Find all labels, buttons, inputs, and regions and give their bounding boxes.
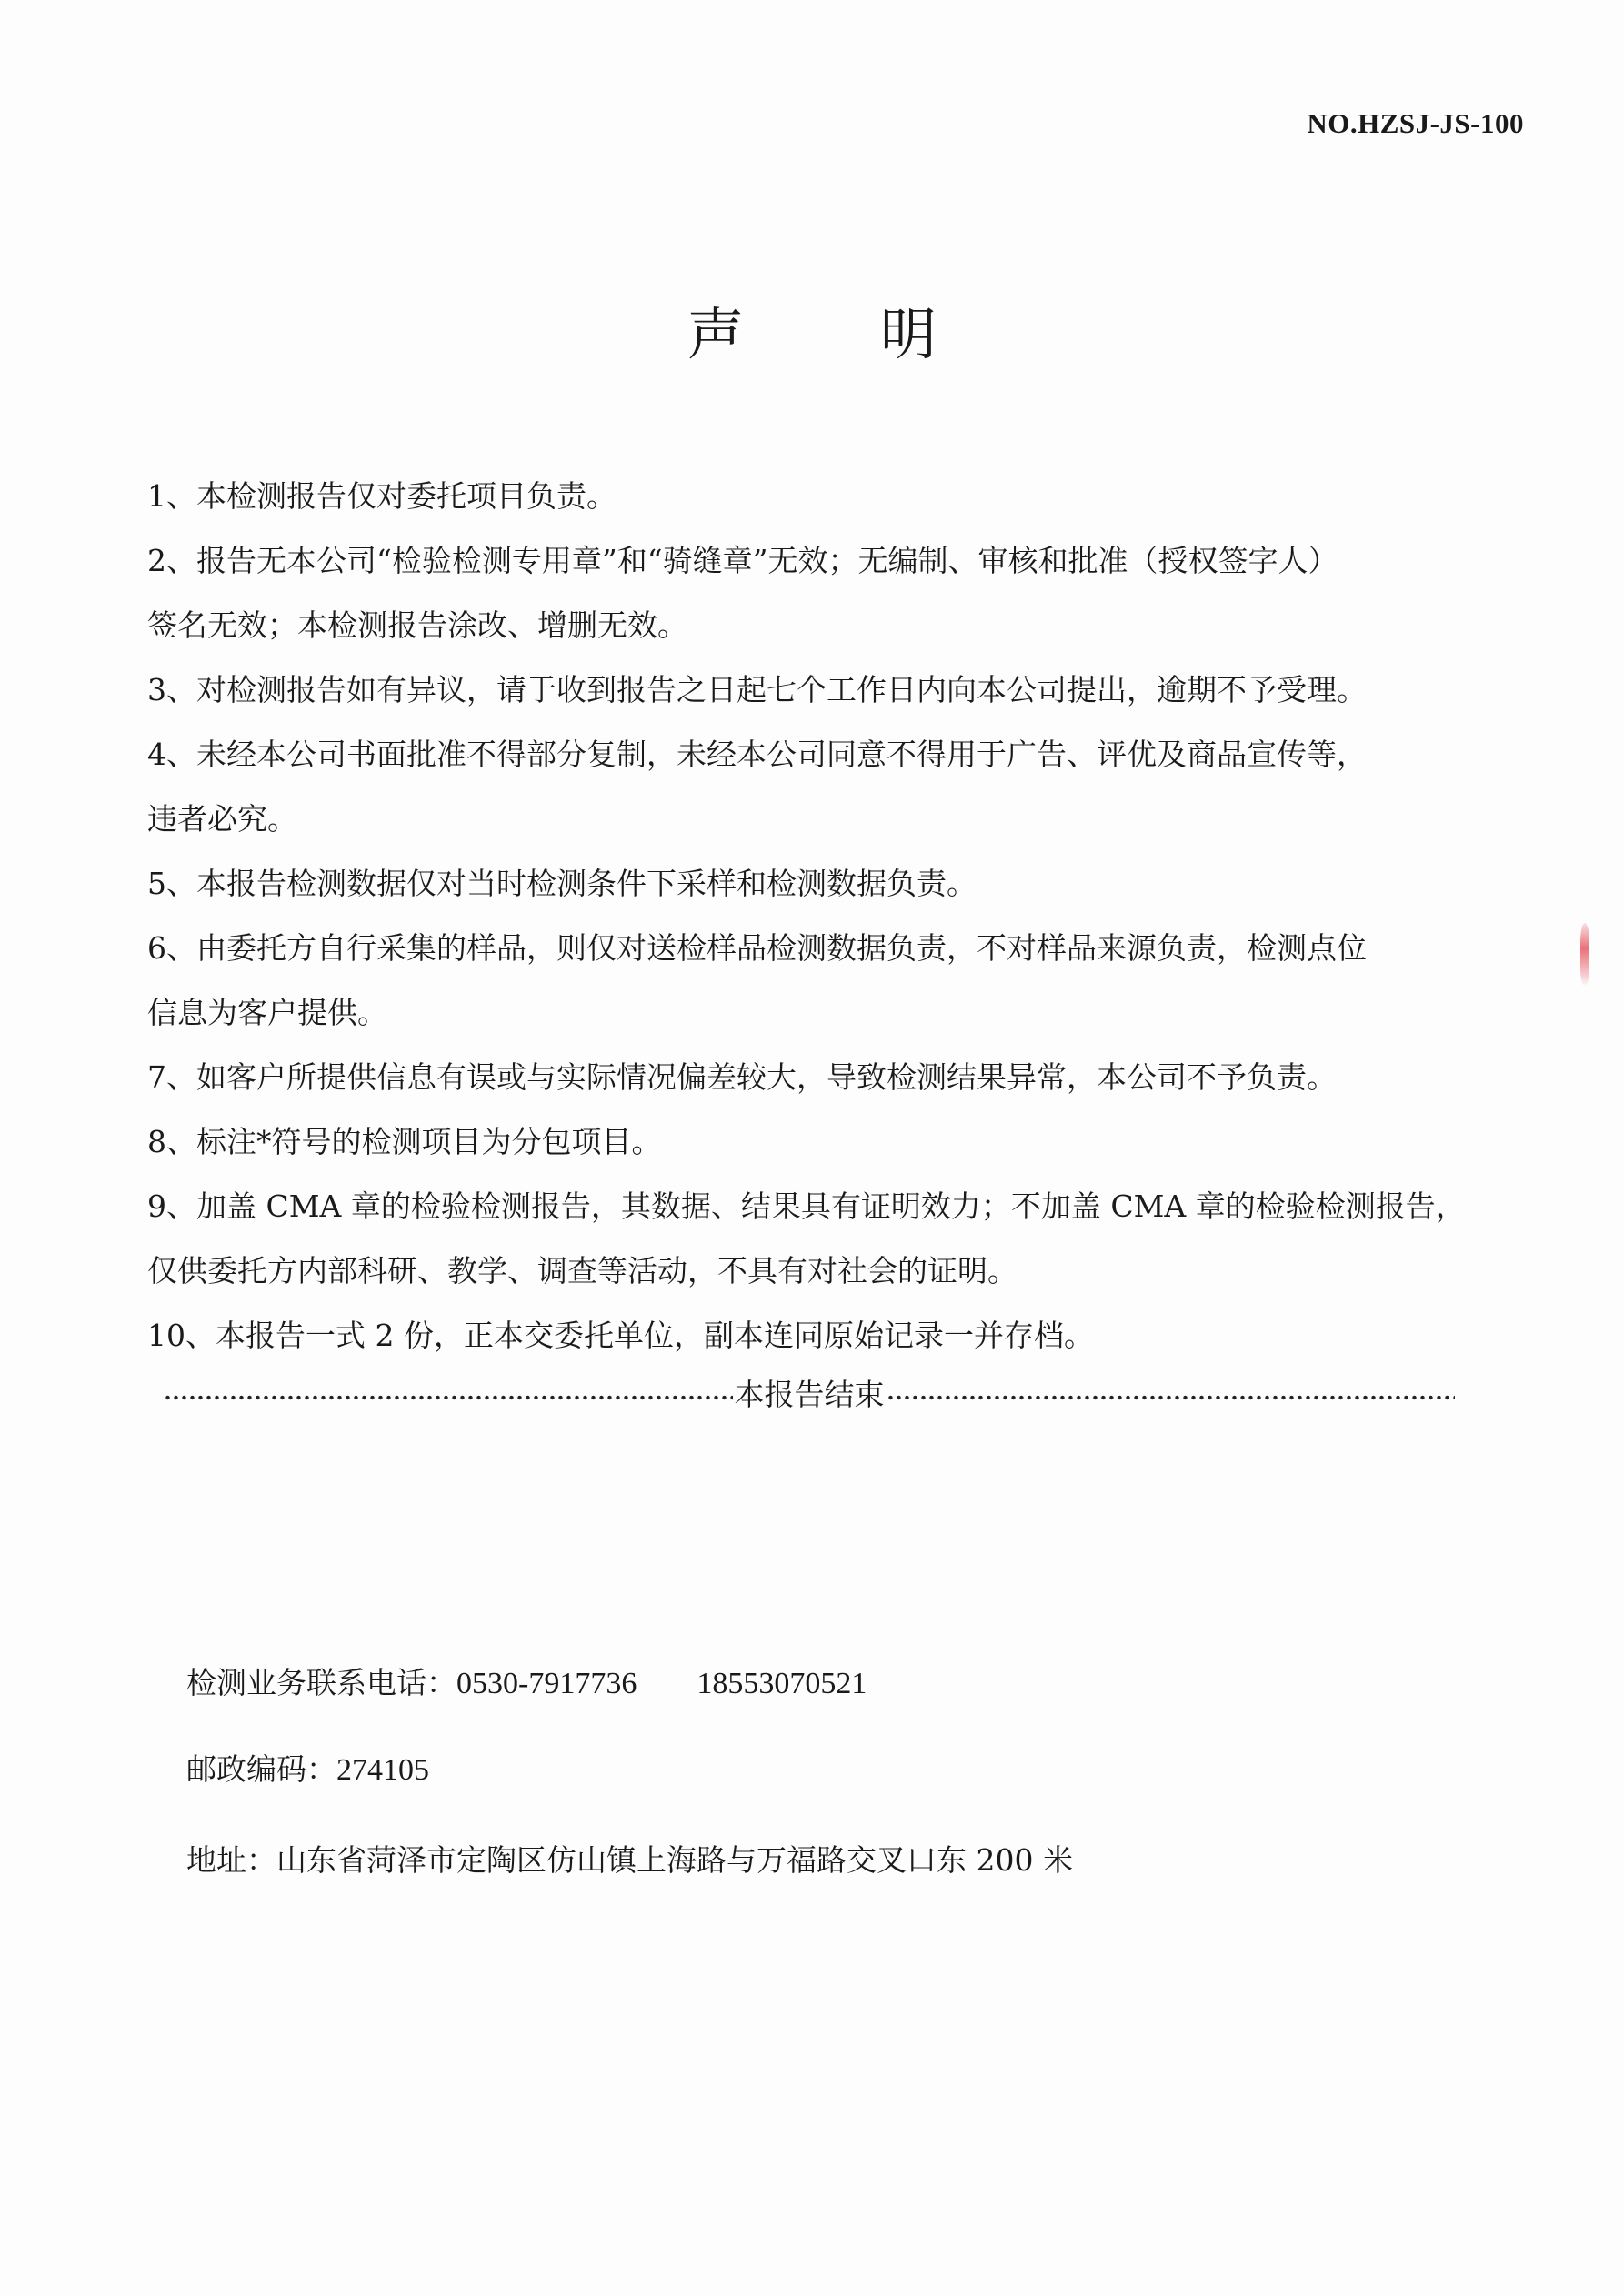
- clause-line: 3、对检测报告如有异议，请于收到报告之日起七个工作日内向本公司提出，逾期不予受理…: [147, 657, 1511, 722]
- clause-6: 6、由委托方自行采集的样品，则仅对送检样品检测数据负责，不对样品来源负责，检测点…: [147, 916, 1511, 1045]
- clause-4: 4、未经本公司书面批准不得部分复制，未经本公司同意不得用于广告、评优及商品宣传等…: [147, 722, 1511, 851]
- phone-landline: 0530-7917736: [456, 1667, 637, 1700]
- phone-label: 检测业务联系电话：: [186, 1665, 456, 1700]
- postcode-label: 邮政编码：: [186, 1751, 336, 1787]
- report-end-label: 本报告结束: [733, 1371, 887, 1414]
- clause-9: 9、加盖 CMA 章的检验检测报告，其数据、结果具有证明效力；不加盖 CMA 章…: [147, 1174, 1511, 1303]
- title-char-1: 声: [687, 289, 744, 370]
- statement-clauses: 1、本检测报告仅对委托项目负责。 2、报告无本公司“检验检测专用章”和“骑缝章”…: [147, 464, 1511, 1368]
- clause-line: 9、加盖 CMA 章的检验检测报告，其数据、结果具有证明效力；不加盖 CMA 章…: [147, 1174, 1511, 1238]
- phone-mobile: 18553070521: [697, 1667, 867, 1700]
- clause-line: 2、报告无本公司“检验检测专用章”和“骑缝章”无效；无编制、审核和批准（授权签字…: [147, 528, 1511, 593]
- dotted-leader-left: [164, 1394, 733, 1401]
- seal-fragment-mark: [1580, 923, 1589, 987]
- clause-10: 10、本报告一式 2 份，正本交委托单位，副本连同原始记录一并存档。: [147, 1303, 1511, 1368]
- clause-line: 8、标注*符号的检测项目为分包项目。: [147, 1109, 1511, 1174]
- document-number: NO.HZSJ-JS-100: [1307, 107, 1524, 140]
- clause-line: 仅供委托方内部科研、教学、调查等活动，不具有对社会的证明。: [147, 1238, 1511, 1303]
- clause-line: 1、本检测报告仅对委托项目负责。: [147, 464, 1511, 528]
- clause-line: 6、由委托方自行采集的样品，则仅对送检样品检测数据负责，不对样品来源负责，检测点…: [147, 916, 1511, 980]
- clause-7: 7、如客户所提供信息有误或与实际情况偏差较大，导致检测结果异常，本公司不予负责。: [147, 1045, 1511, 1109]
- title-char-2: 明: [880, 289, 937, 370]
- clause-1: 1、本检测报告仅对委托项目负责。: [147, 464, 1511, 528]
- dotted-leader-right: [887, 1394, 1456, 1401]
- clause-2: 2、报告无本公司“检验检测专用章”和“骑缝章”无效；无编制、审核和批准（授权签字…: [147, 528, 1511, 657]
- page-title: 声明: [0, 289, 1624, 370]
- postcode-value: 274105: [336, 1753, 429, 1787]
- clause-line: 5、本报告检测数据仅对当时检测条件下采样和检测数据负责。: [147, 851, 1511, 916]
- phone-row: 检测业务联系电话：0530-791773618553070521: [186, 1659, 867, 1702]
- clause-3: 3、对检测报告如有异议，请于收到报告之日起七个工作日内向本公司提出，逾期不予受理…: [147, 657, 1511, 722]
- postcode-row: 邮政编码：274105: [186, 1746, 429, 1789]
- address-row: 地址：山东省菏泽市定陶区仿山镇上海路与万福路交叉口东 200 米: [186, 1837, 1073, 1880]
- clause-line: 违者必究。: [147, 787, 1511, 851]
- clause-8: 8、标注*符号的检测项目为分包项目。: [147, 1109, 1511, 1174]
- report-end-marker: 本报告结束: [164, 1371, 1455, 1414]
- address-value: 山东省菏泽市定陶区仿山镇上海路与万福路交叉口东 200 米: [276, 1842, 1073, 1878]
- address-label: 地址：: [186, 1842, 276, 1878]
- clause-line: 7、如客户所提供信息有误或与实际情况偏差较大，导致检测结果异常，本公司不予负责。: [147, 1045, 1511, 1109]
- clause-line: 10、本报告一式 2 份，正本交委托单位，副本连同原始记录一并存档。: [147, 1303, 1511, 1368]
- clause-5: 5、本报告检测数据仅对当时检测条件下采样和检测数据负责。: [147, 851, 1511, 916]
- clause-line: 签名无效；本检测报告涂改、增删无效。: [147, 593, 1511, 657]
- clause-line: 信息为客户提供。: [147, 980, 1511, 1045]
- clause-line: 4、未经本公司书面批准不得部分复制，未经本公司同意不得用于广告、评优及商品宣传等…: [147, 722, 1511, 787]
